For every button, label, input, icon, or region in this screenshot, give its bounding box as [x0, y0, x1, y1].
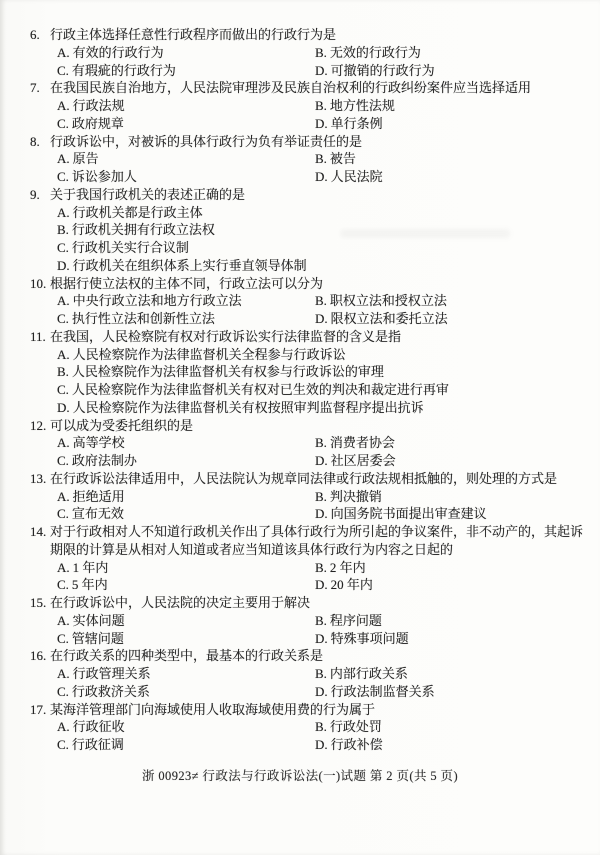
option-c: C.行政征调 — [57, 736, 315, 754]
option-c: C.5 年内 — [57, 576, 315, 594]
option-text: 5 年内 — [72, 577, 108, 592]
options: A.实体问题 B.程序问题 C.管辖问题 D.特殊事项问题 — [57, 612, 578, 648]
option-label: C. — [57, 505, 69, 523]
option-label: D. — [315, 168, 328, 186]
question-number: 9. — [30, 186, 50, 204]
option-text: 实体问题 — [73, 613, 125, 628]
option-label: C. — [57, 452, 69, 470]
options: A.原告 B.被告 C.诉讼参加人 D.人民法院 — [57, 150, 578, 186]
option-text: 人民检察院作为法律监督机关全程参与行政诉讼 — [73, 347, 346, 362]
option-text: 行政处罚 — [330, 719, 382, 734]
options: A.行政机关都是行政主体 B.行政机关拥有行政立法权 C.行政机关实行合议制 D… — [57, 204, 578, 275]
question-stem: 9.关于我国行政机关的表述正确的是 — [30, 186, 578, 204]
option-label: A. — [57, 718, 70, 736]
option-label: C. — [57, 62, 69, 80]
option-text: 程序问题 — [330, 613, 382, 628]
option-label: D. — [315, 630, 328, 648]
option-label: C. — [57, 630, 69, 648]
option-label: A. — [57, 204, 70, 222]
option-text: 可撤销的行政行为 — [331, 63, 435, 78]
option-label: A. — [57, 44, 70, 62]
question-stem-text: 行政主体选择任意性行政程序而做出的行政行为是 — [50, 27, 336, 42]
option-d: D.20 年内 — [315, 576, 578, 594]
option-label: A. — [57, 292, 70, 310]
option-d: D.社区居委会 — [315, 452, 578, 470]
option-text: 行政征收 — [73, 719, 125, 734]
option-label: C. — [57, 576, 69, 594]
question-12: 12.可以成为受委托组织的是 A.高等学校 B.消费者协会 C.政府法制办 D.… — [30, 417, 578, 470]
question-number: 8. — [30, 133, 50, 151]
question-stem: 10.根据行使立法权的主体不同，行政立法可以分为 — [30, 275, 578, 293]
option-b: B.程序问题 — [315, 612, 578, 630]
question-stem-text: 根据行使立法权的主体不同，行政立法可以分为 — [50, 276, 323, 291]
option-d: D.单行条例 — [315, 115, 578, 133]
option-label: D. — [315, 452, 328, 470]
option-text: 人民检察院作为法律监督机关有权按照审判监督程序提出抗诉 — [73, 400, 424, 415]
option-text: 政府法制办 — [72, 453, 137, 468]
question-stem: 12.可以成为受委托组织的是 — [30, 417, 578, 435]
question-number: 13. — [30, 470, 50, 488]
option-text: 人民法院 — [331, 169, 383, 184]
question-number: 7. — [30, 79, 50, 97]
option-c: C.行政救济关系 — [57, 683, 315, 701]
option-a: A.1 年内 — [57, 559, 315, 577]
question-stem-text: 行政诉讼中，对被诉的具体行政行为负有举证责任的是 — [50, 134, 362, 149]
option-text: 消费者协会 — [330, 435, 395, 450]
option-c: C.行政机关实行合议制 — [57, 239, 578, 257]
option-text: 高等学校 — [73, 435, 125, 450]
option-label: B. — [315, 718, 327, 736]
option-text: 中央行政立法和地方行政立法 — [73, 293, 242, 308]
option-label: C. — [57, 239, 69, 257]
option-c: C.宣布无效 — [57, 505, 315, 523]
option-label: C. — [57, 736, 69, 754]
option-b: B.无效的行政行为 — [315, 44, 578, 62]
question-number: 14. — [30, 523, 50, 541]
question-6: 6.行政主体选择任意性行政程序而做出的行政行为是 A.有效的行政行为 B.无效的… — [30, 26, 578, 79]
option-c: C.人民检察院作为法律监督机关有权对已生效的判决和裁定进行再审 — [57, 381, 578, 399]
option-label: A. — [57, 559, 70, 577]
option-text: 人民检察院作为法律监督机关有权对已生效的判决和裁定进行再审 — [72, 382, 449, 397]
question-number: 12. — [30, 417, 50, 435]
options: A.人民检察院作为法律监督机关全程参与行政诉讼 B.人民检察院作为法律监督机关有… — [57, 346, 578, 417]
option-text: 被告 — [330, 151, 356, 166]
option-label: D. — [315, 576, 328, 594]
option-text: 判决撤销 — [330, 489, 382, 504]
question-stem: 11.在我国，人民检察院有权对行政诉讼实行法律监督的含义是指 — [30, 328, 578, 346]
option-d: D.行政补偿 — [315, 736, 578, 754]
option-label: B. — [315, 434, 327, 452]
option-text: 行政补偿 — [331, 737, 383, 752]
option-text: 宣布无效 — [72, 506, 124, 521]
option-a: A.行政法规 — [57, 97, 315, 115]
option-text: 有效的行政行为 — [73, 45, 164, 60]
option-text: 职权立法和授权立法 — [330, 293, 447, 308]
scan-smudge — [340, 229, 510, 238]
option-label: D. — [315, 683, 328, 701]
option-a: A.人民检察院作为法律监督机关全程参与行政诉讼 — [57, 346, 578, 364]
option-text: 行政机关实行合议制 — [72, 240, 189, 255]
option-label: C. — [57, 381, 69, 399]
option-text: 行政救济关系 — [72, 684, 150, 699]
option-label: B. — [315, 559, 327, 577]
option-a: A.原告 — [57, 150, 315, 168]
question-7: 7.在我国民族自治地方，人民法院审理涉及民族自治权利的行政纠纷案件应当选择适用 … — [30, 79, 578, 132]
option-c: C.有瑕疵的行政行为 — [57, 62, 315, 80]
option-label: C. — [57, 168, 69, 186]
option-c: C.管辖问题 — [57, 630, 315, 648]
option-label: B. — [315, 665, 327, 683]
option-d: D.特殊事项问题 — [315, 630, 578, 648]
question-number: 6. — [30, 26, 50, 44]
option-a: A.行政征收 — [57, 718, 315, 736]
option-text: 行政法制监督关系 — [331, 684, 435, 699]
option-text: 行政征调 — [72, 737, 124, 752]
question-13: 13.在行政诉讼法律适用中，人民法院认为规章同法律或行政法规相抵触的，则处理的方… — [30, 470, 578, 523]
option-label: B. — [57, 221, 69, 239]
option-d: D.限权立法和委托立法 — [315, 310, 578, 328]
option-a: A.高等学校 — [57, 434, 315, 452]
option-text: 行政机关都是行政主体 — [73, 205, 203, 220]
options: A.行政法规 B.地方性法规 C.政府规章 D.单行条例 — [57, 97, 578, 133]
option-text: 无效的行政行为 — [330, 45, 421, 60]
options: A.有效的行政行为 B.无效的行政行为 C.有瑕疵的行政行为 D.可撤销的行政行… — [57, 44, 578, 80]
option-label: D. — [315, 505, 328, 523]
option-b: B.判决撤销 — [315, 488, 578, 506]
question-17: 17.某海洋管理部门向海域使用人收取海域使用费的行为属于 A.行政征收 B.行政… — [30, 701, 578, 754]
option-a: A.拒绝适用 — [57, 488, 315, 506]
option-text: 限权立法和委托立法 — [331, 311, 448, 326]
option-c: C.执行性立法和创新性立法 — [57, 310, 315, 328]
option-text: 诉讼参加人 — [72, 169, 137, 184]
question-stem-line2: 期限的计算是从相对人知道或者应当知道该具体行政行为内容之日起的 — [50, 541, 578, 559]
option-a: A.有效的行政行为 — [57, 44, 315, 62]
question-stem-text: 在行政诉讼法律适用中，人民法院认为规章同法律或行政法规相抵触的，则处理的方式是 — [50, 471, 557, 486]
options: A.行政征收 B.行政处罚 C.行政征调 D.行政补偿 — [57, 718, 578, 754]
option-label: A. — [57, 434, 70, 452]
option-c: C.政府法制办 — [57, 452, 315, 470]
option-b: B.职权立法和授权立法 — [315, 292, 578, 310]
option-label: C. — [57, 115, 69, 133]
question-stem-text: 可以成为受委托组织的是 — [50, 418, 193, 433]
question-number: 17. — [30, 701, 50, 719]
question-stem-text: 关于我国行政机关的表述正确的是 — [50, 187, 245, 202]
option-label: B. — [315, 150, 327, 168]
option-b: B.被告 — [315, 150, 578, 168]
option-b: B.消费者协会 — [315, 434, 578, 452]
page-footer: 浙 00923≠ 行政法与行政诉讼法(一)试题 第 2 页(共 5 页) — [0, 768, 600, 784]
question-stem: 6.行政主体选择任意性行政程序而做出的行政行为是 — [30, 26, 578, 44]
option-text: 行政机关在组织体系上实行垂直领导体制 — [73, 258, 307, 273]
option-label: B. — [57, 363, 69, 381]
option-text: 单行条例 — [331, 116, 383, 131]
option-text: 人民检察院作为法律监督机关有权参与行政诉讼的审理 — [72, 364, 384, 379]
options: A.行政管理关系 B.内部行政关系 C.行政救济关系 D.行政法制监督关系 — [57, 665, 578, 701]
option-label: B. — [315, 488, 327, 506]
footer-text: 浙 00923≠ 行政法与行政诉讼法(一)试题 第 2 页(共 5 页) — [142, 769, 458, 783]
option-text: 1 年内 — [73, 560, 109, 575]
options: A.高等学校 B.消费者协会 C.政府法制办 D.社区居委会 — [57, 434, 578, 470]
question-stem-text: 在我国，人民检察院有权对行政诉讼实行法律监督的含义是指 — [50, 329, 401, 344]
option-c: C.政府规章 — [57, 115, 315, 133]
option-label: D. — [57, 399, 70, 417]
option-label: D. — [57, 257, 70, 275]
question-number: 10. — [30, 275, 50, 293]
option-label: D. — [315, 310, 328, 328]
option-label: A. — [57, 346, 70, 364]
option-label: D. — [315, 62, 328, 80]
option-d: D.可撤销的行政行为 — [315, 62, 578, 80]
options: A.1 年内 B.2 年内 C.5 年内 D.20 年内 — [57, 559, 578, 595]
option-label: A. — [57, 488, 70, 506]
option-d: D.行政机关在组织体系上实行垂直领导体制 — [57, 257, 578, 275]
option-b: B.人民检察院作为法律监督机关有权参与行政诉讼的审理 — [57, 363, 578, 381]
question-stem: 7.在我国民族自治地方，人民法院审理涉及民族自治权利的行政纠纷案件应当选择适用 — [30, 79, 578, 97]
question-stem: 16.在行政关系的四种类型中，最基本的行政关系是 — [30, 647, 578, 665]
option-label: A. — [57, 97, 70, 115]
option-d: D.人民法院 — [315, 168, 578, 186]
option-d: D.行政法制监督关系 — [315, 683, 578, 701]
options: A.中央行政立法和地方行政立法 B.职权立法和授权立法 C.执行性立法和创新性立… — [57, 292, 578, 328]
option-text: 原告 — [73, 151, 99, 166]
question-stem-text: 在行政关系的四种类型中，最基本的行政关系是 — [50, 648, 323, 663]
option-text: 执行性立法和创新性立法 — [72, 311, 215, 326]
option-a: A.行政机关都是行政主体 — [57, 204, 578, 222]
option-text: 有瑕疵的行政行为 — [72, 63, 176, 78]
question-number: 15. — [30, 594, 50, 612]
question-stem: 13.在行政诉讼法律适用中，人民法院认为规章同法律或行政法规相抵触的，则处理的方… — [30, 470, 578, 488]
question-16: 16.在行政关系的四种类型中，最基本的行政关系是 A.行政管理关系 B.内部行政… — [30, 647, 578, 700]
option-a: A.中央行政立法和地方行政立法 — [57, 292, 315, 310]
question-stem: 8.行政诉讼中，对被诉的具体行政行为负有举证责任的是 — [30, 133, 578, 151]
option-label: C. — [57, 683, 69, 701]
exam-page: 6.行政主体选择任意性行政程序而做出的行政行为是 A.有效的行政行为 B.无效的… — [0, 0, 600, 855]
option-d: D.人民检察院作为法律监督机关有权按照审判监督程序提出抗诉 — [57, 399, 578, 417]
option-text: 特殊事项问题 — [331, 631, 409, 646]
option-text: 政府规章 — [72, 116, 124, 131]
option-c: C.诉讼参加人 — [57, 168, 315, 186]
option-text: 向国务院书面提出审查建议 — [331, 506, 487, 521]
question-stem: 14.对于行政相对人不知道行政机关作出了具体行政行为所引起的争议案件，非不动产的… — [30, 523, 578, 541]
option-b: B.2 年内 — [315, 559, 578, 577]
option-text: 地方性法规 — [330, 98, 395, 113]
option-b: B.行政处罚 — [315, 718, 578, 736]
option-text: 拒绝适用 — [73, 489, 125, 504]
option-label: A. — [57, 665, 70, 683]
question-stem-text: 某海洋管理部门向海域使用人收取海域使用费的行为属于 — [50, 702, 375, 717]
option-label: A. — [57, 150, 70, 168]
option-text: 2 年内 — [330, 560, 366, 575]
option-a: A.实体问题 — [57, 612, 315, 630]
question-8: 8.行政诉讼中，对被诉的具体行政行为负有举证责任的是 A.原告 B.被告 C.诉… — [30, 133, 578, 186]
options: A.拒绝适用 B.判决撤销 C.宣布无效 D.向国务院书面提出审查建议 — [57, 488, 578, 524]
option-label: A. — [57, 612, 70, 630]
option-text: 20 年内 — [331, 577, 373, 592]
option-a: A.行政管理关系 — [57, 665, 315, 683]
question-stem-text: 在行政诉讼中，人民法院的决定主要用于解决 — [50, 595, 310, 610]
option-label: D. — [315, 736, 328, 754]
option-d: D.向国务院书面提出审查建议 — [315, 505, 578, 523]
question-11: 11.在我国，人民检察院有权对行政诉讼实行法律监督的含义是指 A.人民检察院作为… — [30, 328, 578, 417]
option-label: D. — [315, 115, 328, 133]
option-label: B. — [315, 292, 327, 310]
option-label: B. — [315, 612, 327, 630]
question-stem-text: 对于行政相对人不知道行政机关作出了具体行政行为所引起的争议案件，非不动产的，其起… — [50, 524, 583, 539]
option-text: 内部行政关系 — [330, 666, 408, 681]
option-label: B. — [315, 97, 327, 115]
option-label: B. — [315, 44, 327, 62]
option-b: B.内部行政关系 — [315, 665, 578, 683]
question-15: 15.在行政诉讼中，人民法院的决定主要用于解决 A.实体问题 B.程序问题 C.… — [30, 594, 578, 647]
option-text: 行政法规 — [73, 98, 125, 113]
option-text: 管辖问题 — [72, 631, 124, 646]
question-number: 16. — [30, 647, 50, 665]
question-stem-text: 在我国民族自治地方，人民法院审理涉及民族自治权利的行政纠纷案件应当选择适用 — [50, 80, 531, 95]
option-text: 社区居委会 — [331, 453, 396, 468]
option-text: 行政机关拥有行政立法权 — [72, 222, 215, 237]
question-number: 11. — [30, 328, 50, 346]
option-b: B.地方性法规 — [315, 97, 578, 115]
question-stem: 17.某海洋管理部门向海域使用人收取海域使用费的行为属于 — [30, 701, 578, 719]
question-10: 10.根据行使立法权的主体不同，行政立法可以分为 A.中央行政立法和地方行政立法… — [30, 275, 578, 328]
question-14: 14.对于行政相对人不知道行政机关作出了具体行政行为所引起的争议案件，非不动产的… — [30, 523, 578, 594]
option-text: 行政管理关系 — [73, 666, 151, 681]
option-label: C. — [57, 310, 69, 328]
question-stem: 15.在行政诉讼中，人民法院的决定主要用于解决 — [30, 594, 578, 612]
